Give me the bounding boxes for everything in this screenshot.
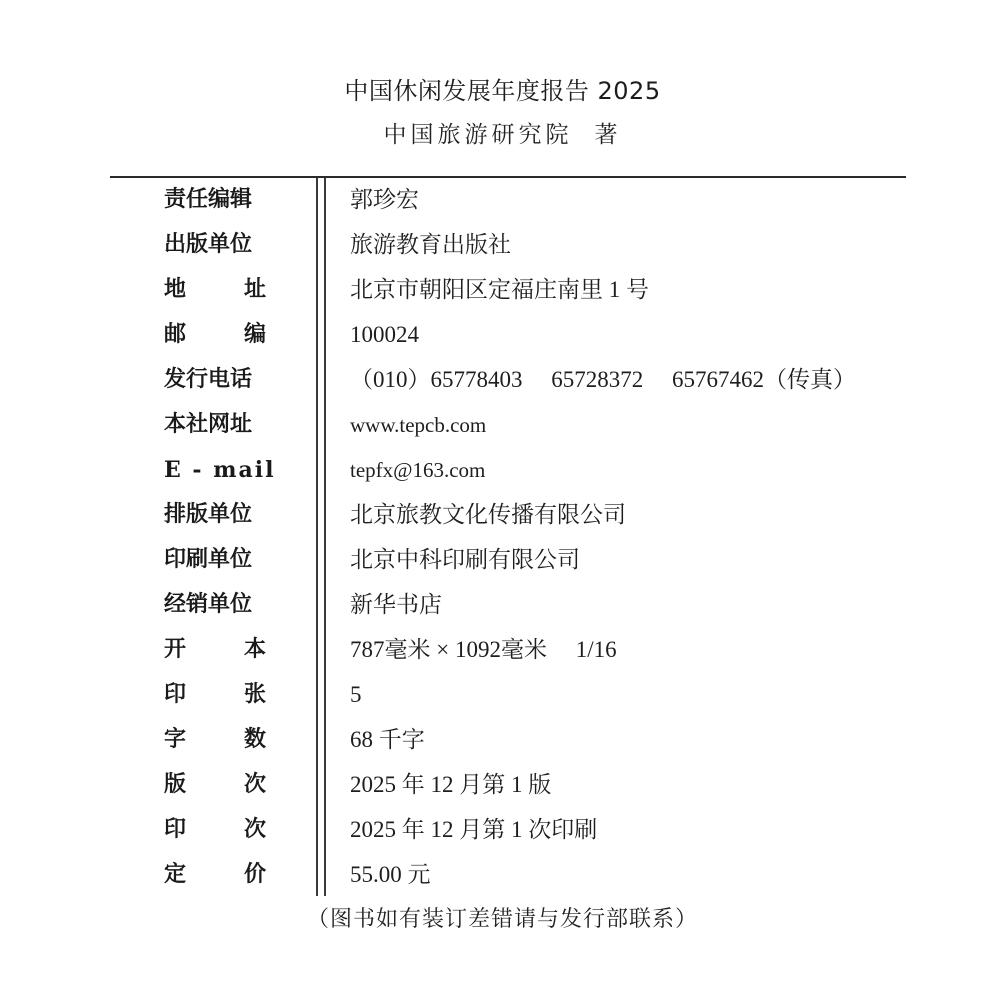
row-printer: 印刷单位 北京中科印刷有限公司 xyxy=(0,538,1005,583)
label-address: 地址 xyxy=(164,275,266,305)
row-email: E - mail tepfx@163.com xyxy=(0,448,1005,493)
value-word-count: 68 千字 xyxy=(350,725,425,755)
binding-error-note: （图书如有装订差错请与发行部联系） xyxy=(0,904,1005,936)
value-postcode: 100024 xyxy=(350,320,419,350)
row-word-count: 字数 68 千字 xyxy=(0,718,1005,763)
label-char: 本 xyxy=(244,635,266,665)
value-edition: 2025 年 12 月第 1 版 xyxy=(350,770,551,800)
value-typesetter: 北京旅教文化传播有限公司 xyxy=(350,500,626,530)
label-printer: 印刷单位 xyxy=(164,545,266,575)
label-char: 价 xyxy=(244,860,266,890)
value-website[interactable]: www.tepcb.com xyxy=(350,410,486,440)
row-sheets: 印张 5 xyxy=(0,673,1005,718)
row-format: 开本 787毫米 × 1092毫米 1/16 xyxy=(0,628,1005,673)
row-website: 本社网址 www.tepcb.com xyxy=(0,403,1005,448)
value-printing: 2025 年 12 月第 1 次印刷 xyxy=(350,815,597,845)
label-website: 本社网址 xyxy=(164,410,266,440)
row-phone: 发行电话 （010）65778403 65728372 65767462（传真） xyxy=(0,358,1005,403)
label-char: 印 xyxy=(164,680,186,710)
label-typesetter: 排版单位 xyxy=(164,500,266,530)
label-sheets: 印张 xyxy=(164,680,266,710)
label-char: 定 xyxy=(164,860,186,890)
value-address: 北京市朝阳区定福庄南里 1 号 xyxy=(350,275,649,305)
label-char: 址 xyxy=(244,275,266,305)
label-char: 编 xyxy=(244,320,266,350)
row-distributor: 经销单位 新华书店 xyxy=(0,583,1005,628)
label-publisher: 出版单位 xyxy=(164,230,266,260)
label-printing: 印次 xyxy=(164,815,266,845)
value-printer: 北京中科印刷有限公司 xyxy=(350,545,580,575)
value-sheets: 5 xyxy=(350,680,362,710)
label-char: 印 xyxy=(164,815,186,845)
label-char: 字 xyxy=(164,725,186,755)
label-char: 邮 xyxy=(164,320,186,350)
value-phone: （010）65778403 65728372 65767462（传真） xyxy=(350,365,856,395)
row-address: 地址 北京市朝阳区定福庄南里 1 号 xyxy=(0,268,1005,313)
author-line: 中国旅游研究院著 xyxy=(0,119,1005,151)
label-edition: 版次 xyxy=(164,770,266,800)
label-format: 开本 xyxy=(164,635,266,665)
label-char: 地 xyxy=(164,275,186,305)
row-editor: 责任编辑 郭珍宏 xyxy=(0,178,1005,223)
label-postcode: 邮编 xyxy=(164,320,266,350)
label-char: 次 xyxy=(244,770,266,800)
row-price: 定价 55.00 元 xyxy=(0,853,1005,898)
label-phone: 发行电话 xyxy=(164,365,266,395)
row-postcode: 邮编 100024 xyxy=(0,313,1005,358)
value-editor: 郭珍宏 xyxy=(350,185,419,215)
label-char: 数 xyxy=(244,725,266,755)
author-role: 著 xyxy=(595,122,622,148)
label-price: 定价 xyxy=(164,860,266,890)
row-edition: 版次 2025 年 12 月第 1 版 xyxy=(0,763,1005,808)
value-email[interactable]: tepfx@163.com xyxy=(350,455,485,485)
label-char: 张 xyxy=(244,680,266,710)
row-typesetter: 排版单位 北京旅教文化传播有限公司 xyxy=(0,493,1005,538)
author-name: 中国旅游研究院 xyxy=(384,122,573,148)
label-email: E - mail xyxy=(164,455,266,485)
value-price: 55.00 元 xyxy=(350,860,431,890)
value-distributor: 新华书店 xyxy=(350,590,442,620)
label-char: 开 xyxy=(164,635,186,665)
value-publisher: 旅游教育出版社 xyxy=(350,230,511,260)
value-format: 787毫米 × 1092毫米 1/16 xyxy=(350,635,617,665)
label-char: 版 xyxy=(164,770,186,800)
book-title: 中国休闲发展年度报告 2025 xyxy=(0,74,1005,108)
label-editor: 责任编辑 xyxy=(164,185,266,215)
label-distributor: 经销单位 xyxy=(164,590,266,620)
label-char: 次 xyxy=(244,815,266,845)
row-publisher: 出版单位 旅游教育出版社 xyxy=(0,223,1005,268)
label-word-count: 字数 xyxy=(164,725,266,755)
row-printing: 印次 2025 年 12 月第 1 次印刷 xyxy=(0,808,1005,853)
